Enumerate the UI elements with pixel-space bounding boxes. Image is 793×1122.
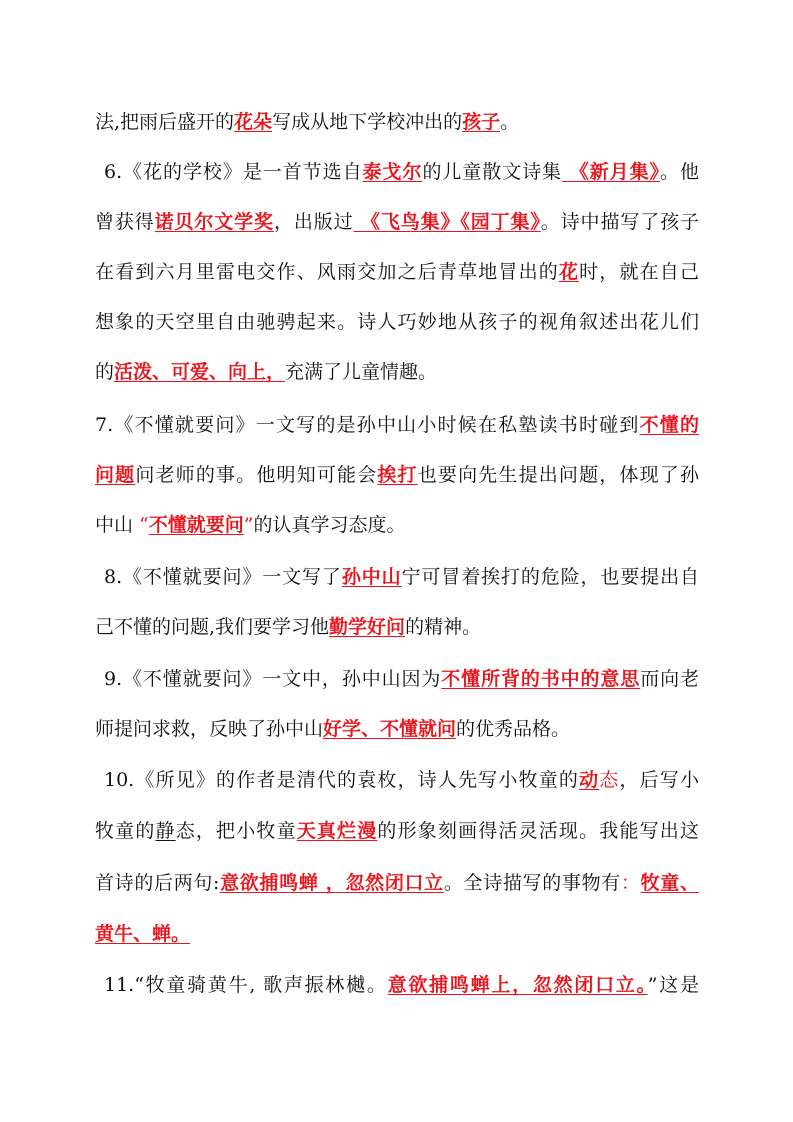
text-line: 8.《不懂就要问》一文写了孙中山宁可冒着挨打的危险，也要提出自: [104, 562, 699, 592]
text-segment: 中山: [95, 514, 139, 536]
answer-highlight: 黄牛、蝉。: [95, 923, 190, 945]
text-segment: 9.《不懂就要问》一文中，孙中山因为: [104, 668, 441, 690]
text-segment: 6.《花的学校》是一首节选自: [104, 161, 363, 183]
answer-highlight: 花: [559, 261, 579, 283]
answer-highlight: 态: [599, 769, 619, 791]
document-page: 法,把雨后盛开的花朵写成从地下学校冲出的孩子。6.《花的学校》是一首节选自泰戈尔…: [0, 0, 793, 1122]
text-line: 10.《所见》的作者是清代的袁枚，诗人先写小牧童的动态，后写小: [104, 765, 699, 795]
text-segment: 的形象刻画得活灵活现。我能写出这: [377, 820, 699, 842]
answer-highlight: 泰戈尔: [363, 161, 423, 183]
answer-highlight: 动: [579, 769, 599, 791]
text-line: 黄牛、蝉。: [95, 919, 699, 949]
text-segment: 首诗的后两句:: [95, 872, 219, 894]
answer-highlight: 牧童、: [641, 872, 699, 894]
answer-highlight: 问题: [95, 464, 135, 486]
answer-highlight: 活泼、可爱、向上，: [114, 361, 285, 383]
text-segment: 牧童的: [95, 820, 156, 842]
text-line: 问题问老师的事。他明知可能会挨打也要向先生提出问题，体现了孙: [95, 460, 699, 490]
text-segment: 问老师的事。他明知可能会: [135, 464, 377, 486]
answer-highlight: 好学、不懂就问: [323, 718, 456, 740]
answer-highlight: 天真烂漫: [297, 820, 378, 842]
text-segment: 在看到六月里雷电交作、风雨交加之后青草地冒出的: [95, 261, 559, 283]
answer-highlight: 勤学好问: [329, 616, 405, 638]
text-line: 的活泼、可爱、向上，充满了儿童情趣。: [95, 357, 699, 387]
text-line: 师提问求救，反映了孙中山好学、不懂就问的优秀品格。: [95, 714, 699, 744]
text-line: 7.《不懂就要问》一文写的是孙中山小时候在私塾读书时碰到不懂的: [95, 410, 699, 440]
text-line: 6.《花的学校》是一首节选自泰戈尔的儿童散文诗集 《新月集》。他: [104, 157, 699, 187]
text-segment: 的认真学习态度。: [254, 514, 406, 536]
answer-highlight: 意欲捕鸣蝉上，忽然闭口立。: [388, 974, 648, 996]
text-segment: 。他: [660, 161, 699, 183]
text-segment: 8.《不懂就要问》一文写了: [104, 566, 342, 588]
answer-highlight: ”: [244, 514, 254, 536]
text-line: 牧童的静态，把小牧童天真烂漫的形象刻画得活灵活现。我能写出这: [95, 816, 699, 846]
text-line: 想象的天空里自由驰骋起来。诗人巧妙地从孩子的视角叙述出花儿们: [95, 307, 699, 337]
text-segment: 。诗中描写了孩子: [541, 211, 699, 233]
text-segment: 7.《不懂就要问》一文写的是孙中山小时候在私塾读书时碰到: [95, 414, 640, 436]
text-segment: 也要向先生提出问题，体现了孙: [418, 464, 699, 486]
answer-highlight: 《新月集》: [562, 161, 660, 183]
text-segment: 曾获得: [95, 211, 155, 233]
text-segment: 时，就在自己: [579, 261, 699, 283]
answer-highlight: 花朵: [234, 111, 272, 133]
answer-highlight: “: [139, 514, 149, 536]
text-segment: 11.“牧童骑黄牛, 歌声振林樾。: [104, 974, 388, 996]
text-line: 11.“牧童骑黄牛, 歌声振林樾。意欲捕鸣蝉上，忽然闭口立。”这是: [104, 970, 699, 1000]
text-segment: 而向老: [640, 668, 699, 690]
text-segment: 的精神。: [405, 616, 481, 638]
answer-highlight: 意欲捕鸣蝉 ，忽然闭口立: [219, 872, 443, 894]
text-segment: 的儿童散文诗集: [422, 161, 562, 183]
answer-highlight: 《飞鸟集》《园丁集》: [353, 211, 540, 233]
text-segment: ，后写小: [619, 769, 699, 791]
text-line: 9.《不懂就要问》一文中，孙中山因为不懂所背的书中的意思而向老: [104, 664, 699, 694]
answer-highlight: 孩子: [462, 111, 500, 133]
text-segment: 师提问求救，反映了孙中山: [95, 718, 323, 740]
text-segment: 的优秀品格。: [456, 718, 570, 740]
text-segment: 己不懂的问题,我们要学习他: [95, 616, 329, 638]
answer-highlight: 不懂的: [640, 414, 699, 436]
text-segment: 法,把雨后盛开的: [95, 111, 234, 133]
text-segment: 态，把小牧童: [176, 820, 297, 842]
text-segment: 的: [95, 361, 114, 383]
text-line: 曾获得诺贝尔文学奖，出版过 《飞鸟集》《园丁集》。诗中描写了孩子: [95, 207, 699, 237]
text-segment: 宁可冒着挨打的危险，也要提出自: [402, 566, 699, 588]
text-line: 己不懂的问题,我们要学习他勤学好问的精神。: [95, 612, 699, 642]
answer-highlight: 诺贝尔文学奖: [155, 211, 274, 233]
answer-highlight: 不懂就要问: [149, 514, 244, 536]
answer-highlight: 静: [156, 820, 176, 842]
text-segment: 。: [500, 111, 519, 133]
text-line: 首诗的后两句:意欲捕鸣蝉 ，忽然闭口立。全诗描写的事物有：牧童、: [95, 868, 699, 898]
answer-highlight: ：: [621, 872, 641, 894]
text-segment: ，出版过: [274, 211, 354, 233]
text-line: 在看到六月里雷电交作、风雨交加之后青草地冒出的花时，就在自己: [95, 257, 699, 287]
answer-highlight: 孙中山: [342, 566, 402, 588]
text-segment: 。全诗描写的事物有: [444, 872, 621, 894]
text-segment: 想象的天空里自由驰骋起来。诗人巧妙地从孩子的视角叙述出花儿们: [95, 311, 699, 333]
text-segment: 充满了儿童情趣。: [285, 361, 437, 383]
text-line: 法,把雨后盛开的花朵写成从地下学校冲出的孩子。: [95, 107, 699, 137]
text-line: 中山 “不懂就要问”的认真学习态度。: [95, 510, 699, 540]
text-segment: ”这是: [648, 974, 699, 996]
text-segment: 写成从地下学校冲出的: [272, 111, 462, 133]
text-segment: 10.《所见》的作者是清代的袁枚，诗人先写小牧童的: [104, 769, 579, 791]
answer-highlight: 挨打: [377, 464, 417, 486]
answer-highlight: 不懂所背的书中的意思: [441, 668, 640, 690]
